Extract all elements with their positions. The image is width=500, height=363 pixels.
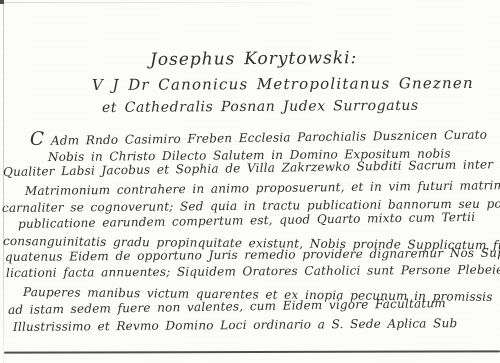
page-bottom-edge	[4, 350, 500, 353]
page-left-edge	[3, 0, 4, 363]
title-line-2: V J Dr Canonicus Metropolitanus Gneznen	[92, 74, 474, 94]
body-line-12: Illustrissimo et Revmo Domino Loci ordin…	[13, 316, 457, 334]
scanned-letter-page: Josephus Korytowski: V J Dr Canonicus Me…	[0, 0, 500, 363]
body-line-1: C Adm Rndo Casimiro Freben Ecclesia Paro…	[30, 128, 487, 148]
scan-corner-mark	[0, 0, 4, 4]
title-line-3: et Cathedralis Posnan Judex Surrogatus	[102, 98, 419, 116]
scan-top-hairline	[0, 2, 310, 3]
body-line-4: Matrimonium contrahere in animo proposue…	[25, 178, 500, 198]
title-line-1: Josephus Korytowski:	[150, 48, 357, 70]
body-line-9: licationi facta annuentes; Siquidem Orat…	[6, 262, 500, 280]
